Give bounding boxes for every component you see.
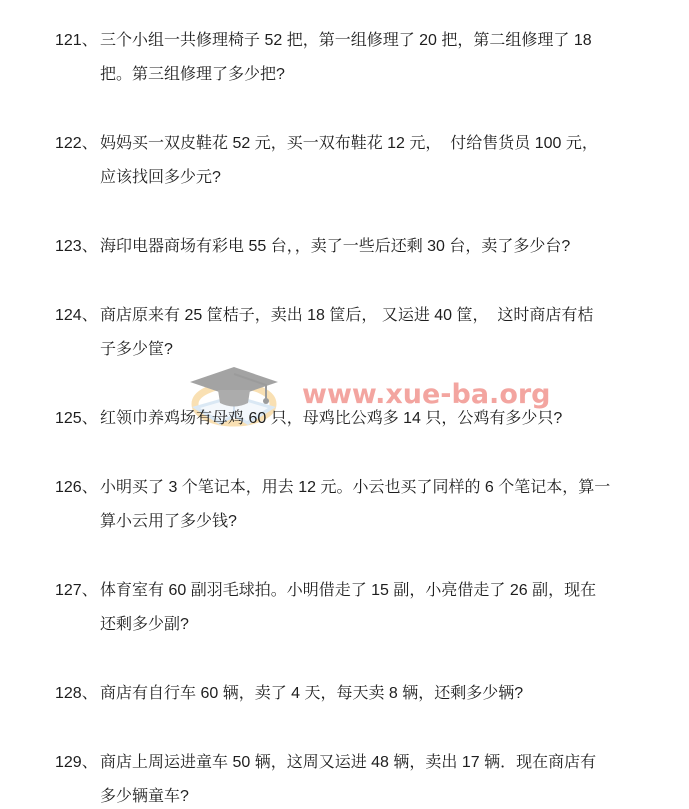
problem-126: 126、 小明买了 3 个笔记本，用去 12 元。小云也买了同样的 6 个笔记本… [55, 471, 651, 539]
problem-number: 125、 [55, 402, 100, 436]
problem-list: 121、 三个小组一共修理椅子 52 把，第一组修理了 20 把，第二组修理了 … [0, 0, 689, 809]
problem-number: 124、 [55, 299, 100, 367]
problem-127: 127、 体育室有 60 副羽毛球拍。小明借走了 15 副，小亮借走了 26 副… [55, 574, 651, 642]
problem-number: 127、 [55, 574, 100, 642]
problem-121: 121、 三个小组一共修理椅子 52 把，第一组修理了 20 把，第二组修理了 … [55, 24, 651, 92]
problem-text: 商店有自行车 60 辆，卖了 4 天，每天卖 8 辆，还剩多少辆? [100, 677, 651, 711]
problem-text: 商店原来有 25 筐桔子，卖出 18 筐后， 又运进 40 筐， 这时商店有桔 … [100, 299, 651, 367]
problem-text: 红领巾养鸡场有母鸡 60 只，母鸡比公鸡多 14 只，公鸡有多少只? [100, 402, 651, 436]
problem-number: 122、 [55, 127, 100, 195]
problem-text: 妈妈买一双皮鞋花 52 元，买一双布鞋花 12 元， 付给售货员 100 元， … [100, 127, 651, 195]
problem-129: 129、 商店上周运进童车 50 辆，这周又运进 48 辆，卖出 17 辆．现在… [55, 746, 651, 809]
problem-123: 123、 海印电器商场有彩电 55 台，，卖了一些后还剩 30 台，卖了多少台? [55, 230, 651, 264]
problem-122: 122、 妈妈买一双皮鞋花 52 元，买一双布鞋花 12 元， 付给售货员 10… [55, 127, 651, 195]
problem-text: 小明买了 3 个笔记本，用去 12 元。小云也买了同样的 6 个笔记本，算一 算… [100, 471, 651, 539]
problem-text: 商店上周运进童车 50 辆，这周又运进 48 辆，卖出 17 辆．现在商店有 多… [100, 746, 651, 809]
problem-number: 128、 [55, 677, 100, 711]
worksheet-page: www.xue-ba.org 121、 三个小组一共修理椅子 52 把，第一组修… [0, 0, 689, 809]
problem-number: 126、 [55, 471, 100, 539]
problem-128: 128、 商店有自行车 60 辆，卖了 4 天，每天卖 8 辆，还剩多少辆? [55, 677, 651, 711]
problem-text: 三个小组一共修理椅子 52 把，第一组修理了 20 把，第二组修理了 18 把。… [100, 24, 651, 92]
problem-124: 124、 商店原来有 25 筐桔子，卖出 18 筐后， 又运进 40 筐， 这时… [55, 299, 651, 367]
problem-text: 海印电器商场有彩电 55 台，，卖了一些后还剩 30 台，卖了多少台? [100, 230, 651, 264]
problem-number: 129、 [55, 746, 100, 809]
problem-text: 体育室有 60 副羽毛球拍。小明借走了 15 副，小亮借走了 26 副，现在 还… [100, 574, 651, 642]
problem-number: 123、 [55, 230, 100, 264]
problem-125: 125、 红领巾养鸡场有母鸡 60 只，母鸡比公鸡多 14 只，公鸡有多少只? [55, 402, 651, 436]
problem-number: 121、 [55, 24, 100, 92]
